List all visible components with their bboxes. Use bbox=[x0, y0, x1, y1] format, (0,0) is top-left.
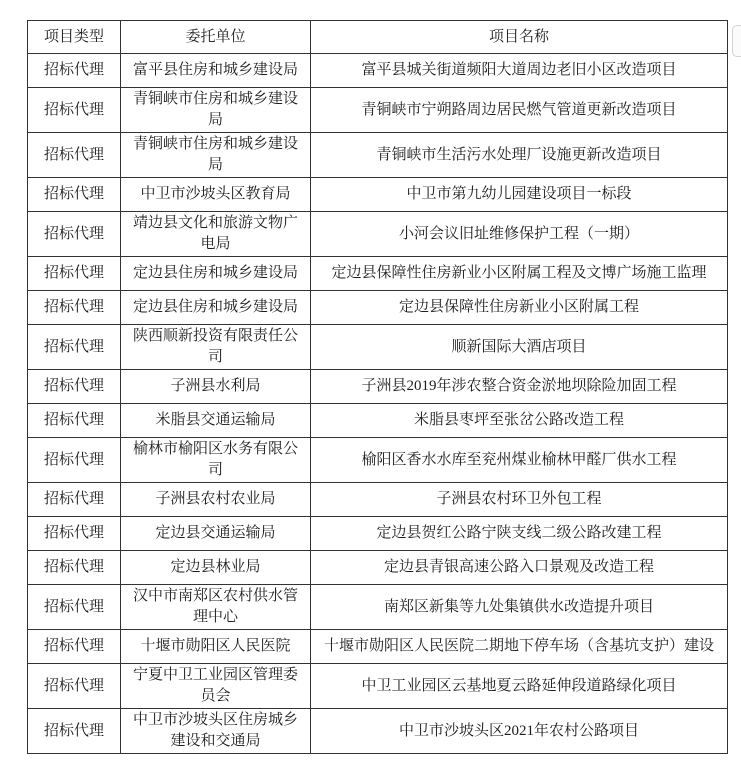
cell-project-name: 顺新国际大酒店项目 bbox=[311, 325, 728, 370]
table-row: 招标代理 陕西顺新投资有限责任公司 顺新国际大酒店项目 bbox=[28, 325, 728, 370]
header-cell-client-unit: 委托单位 bbox=[121, 21, 311, 54]
table-row: 招标代理 汉中市南郑区农村供水管理中心 南郑区新集等九处集镇供水改造提升项目 bbox=[28, 585, 728, 630]
cell-project-name: 定边县保障性住房新业小区附属工程及文博广场施工监理 bbox=[311, 257, 728, 291]
cell-project-type: 招标代理 bbox=[28, 709, 121, 754]
cell-project-type: 招标代理 bbox=[28, 370, 121, 404]
cell-project-type: 招标代理 bbox=[28, 404, 121, 438]
projects-table-body: 招标代理 富平县住房和城乡建设局 富平县城关街道频阳大道周边老旧小区改造项目 招… bbox=[28, 54, 728, 754]
cell-project-type: 招标代理 bbox=[28, 438, 121, 483]
cell-project-type: 招标代理 bbox=[28, 325, 121, 370]
cell-client-unit: 陕西顺新投资有限责任公司 bbox=[121, 325, 311, 370]
cell-project-name: 小河会议旧址维修保护工程（一期） bbox=[311, 212, 728, 257]
cell-project-name: 榆阳区香水水库至兖州煤业榆林甲醛厂供水工程 bbox=[311, 438, 728, 483]
header-cell-project-type: 项目类型 bbox=[28, 21, 121, 54]
cell-client-unit: 青铜峡市住房和城乡建设局 bbox=[121, 88, 311, 133]
scrollbar-thumb[interactable] bbox=[732, 25, 741, 57]
cell-client-unit: 子洲县农村农业局 bbox=[121, 483, 311, 517]
cell-client-unit: 米脂县交通运输局 bbox=[121, 404, 311, 438]
table-row: 招标代理 富平县住房和城乡建设局 富平县城关街道频阳大道周边老旧小区改造项目 bbox=[28, 54, 728, 88]
table-row: 招标代理 定边县住房和城乡建设局 定边县保障性住房新业小区附属工程及文博广场施工… bbox=[28, 257, 728, 291]
cell-project-name: 米脂县枣坪至张岔公路改造工程 bbox=[311, 404, 728, 438]
cell-project-type: 招标代理 bbox=[28, 88, 121, 133]
cell-project-name: 定边县贺红公路宁陕支线二级公路改建工程 bbox=[311, 517, 728, 551]
cell-client-unit: 中卫市沙坡头区教育局 bbox=[121, 178, 311, 212]
table-row: 招标代理 定边县林业局 定边县青银高速公路入口景观及改造工程 bbox=[28, 551, 728, 585]
cell-project-name: 富平县城关街道频阳大道周边老旧小区改造项目 bbox=[311, 54, 728, 88]
cell-project-type: 招标代理 bbox=[28, 585, 121, 630]
cell-client-unit: 靖边县文化和旅游文物广电局 bbox=[121, 212, 311, 257]
table-row: 招标代理 榆林市榆阳区水务有限公司 榆阳区香水水库至兖州煤业榆林甲醛厂供水工程 bbox=[28, 438, 728, 483]
cell-project-name: 青铜峡市生活污水处理厂设施更新改造项目 bbox=[311, 133, 728, 178]
projects-table: 项目类型 委托单位 项目名称 招标代理 富平县住房和城乡建设局 富平县城关街道频… bbox=[27, 20, 728, 754]
cell-client-unit: 定边县住房和城乡建设局 bbox=[121, 257, 311, 291]
projects-table-header: 项目类型 委托单位 项目名称 bbox=[28, 21, 728, 54]
cell-project-type: 招标代理 bbox=[28, 664, 121, 709]
table-row: 招标代理 靖边县文化和旅游文物广电局 小河会议旧址维修保护工程（一期） bbox=[28, 212, 728, 257]
header-cell-project-name: 项目名称 bbox=[311, 21, 728, 54]
cell-project-type: 招标代理 bbox=[28, 291, 121, 325]
table-row: 招标代理 米脂县交通运输局 米脂县枣坪至张岔公路改造工程 bbox=[28, 404, 728, 438]
cell-client-unit: 宁夏中卫工业园区管理委员会 bbox=[121, 664, 311, 709]
cell-project-name: 中卫市第九幼儿园建设项目一标段 bbox=[311, 178, 728, 212]
cell-client-unit: 定边县交通运输局 bbox=[121, 517, 311, 551]
table-row: 招标代理 定边县交通运输局 定边县贺红公路宁陕支线二级公路改建工程 bbox=[28, 517, 728, 551]
cell-project-name: 定边县青银高速公路入口景观及改造工程 bbox=[311, 551, 728, 585]
cell-client-unit: 中卫市沙坡头区住房城乡建设和交通局 bbox=[121, 709, 311, 754]
cell-project-name: 南郑区新集等九处集镇供水改造提升项目 bbox=[311, 585, 728, 630]
cell-project-type: 招标代理 bbox=[28, 54, 121, 88]
table-row: 招标代理 十堰市勋阳区人民医院 十堰市勋阳区人民医院二期地下停车场（含基坑支护）… bbox=[28, 630, 728, 664]
cell-project-type: 招标代理 bbox=[28, 133, 121, 178]
document-page: 项目类型 委托单位 项目名称 招标代理 富平县住房和城乡建设局 富平县城关街道频… bbox=[0, 0, 741, 780]
cell-project-name: 中卫市沙坡头区2021年农村公路项目 bbox=[311, 709, 728, 754]
cell-project-name: 子洲县农村环卫外包工程 bbox=[311, 483, 728, 517]
cell-project-type: 招标代理 bbox=[28, 257, 121, 291]
table-row: 招标代理 中卫市沙坡头区住房城乡建设和交通局 中卫市沙坡头区2021年农村公路项… bbox=[28, 709, 728, 754]
cell-project-type: 招标代理 bbox=[28, 517, 121, 551]
table-row: 招标代理 子洲县水利局 子洲县2019年涉农整合资金淤地坝除险加固工程 bbox=[28, 370, 728, 404]
cell-client-unit: 十堰市勋阳区人民医院 bbox=[121, 630, 311, 664]
table-row: 招标代理 青铜峡市住房和城乡建设局 青铜峡市生活污水处理厂设施更新改造项目 bbox=[28, 133, 728, 178]
cell-project-name: 青铜峡市宁朔路周边居民燃气管道更新改造项目 bbox=[311, 88, 728, 133]
cell-project-type: 招标代理 bbox=[28, 178, 121, 212]
table-row: 招标代理 青铜峡市住房和城乡建设局 青铜峡市宁朔路周边居民燃气管道更新改造项目 bbox=[28, 88, 728, 133]
cell-project-name: 子洲县2019年涉农整合资金淤地坝除险加固工程 bbox=[311, 370, 728, 404]
cell-project-type: 招标代理 bbox=[28, 483, 121, 517]
cell-client-unit: 富平县住房和城乡建设局 bbox=[121, 54, 311, 88]
table-row: 招标代理 子洲县农村农业局 子洲县农村环卫外包工程 bbox=[28, 483, 728, 517]
table-row: 招标代理 宁夏中卫工业园区管理委员会 中卫工业园区云基地夏云路延伸段道路绿化项目 bbox=[28, 664, 728, 709]
table-row: 招标代理 定边县住房和城乡建设局 定边县保障性住房新业小区附属工程 bbox=[28, 291, 728, 325]
table-row: 招标代理 中卫市沙坡头区教育局 中卫市第九幼儿园建设项目一标段 bbox=[28, 178, 728, 212]
cell-client-unit: 榆林市榆阳区水务有限公司 bbox=[121, 438, 311, 483]
cell-project-name: 定边县保障性住房新业小区附属工程 bbox=[311, 291, 728, 325]
cell-project-type: 招标代理 bbox=[28, 551, 121, 585]
cell-project-type: 招标代理 bbox=[28, 630, 121, 664]
cell-project-type: 招标代理 bbox=[28, 212, 121, 257]
cell-client-unit: 定边县住房和城乡建设局 bbox=[121, 291, 311, 325]
cell-client-unit: 子洲县水利局 bbox=[121, 370, 311, 404]
cell-project-name: 十堰市勋阳区人民医院二期地下停车场（含基坑支护）建设 bbox=[311, 630, 728, 664]
cell-client-unit: 青铜峡市住房和城乡建设局 bbox=[121, 133, 311, 178]
cell-client-unit: 定边县林业局 bbox=[121, 551, 311, 585]
header-row: 项目类型 委托单位 项目名称 bbox=[28, 21, 728, 54]
cell-client-unit: 汉中市南郑区农村供水管理中心 bbox=[121, 585, 311, 630]
cell-project-name: 中卫工业园区云基地夏云路延伸段道路绿化项目 bbox=[311, 664, 728, 709]
